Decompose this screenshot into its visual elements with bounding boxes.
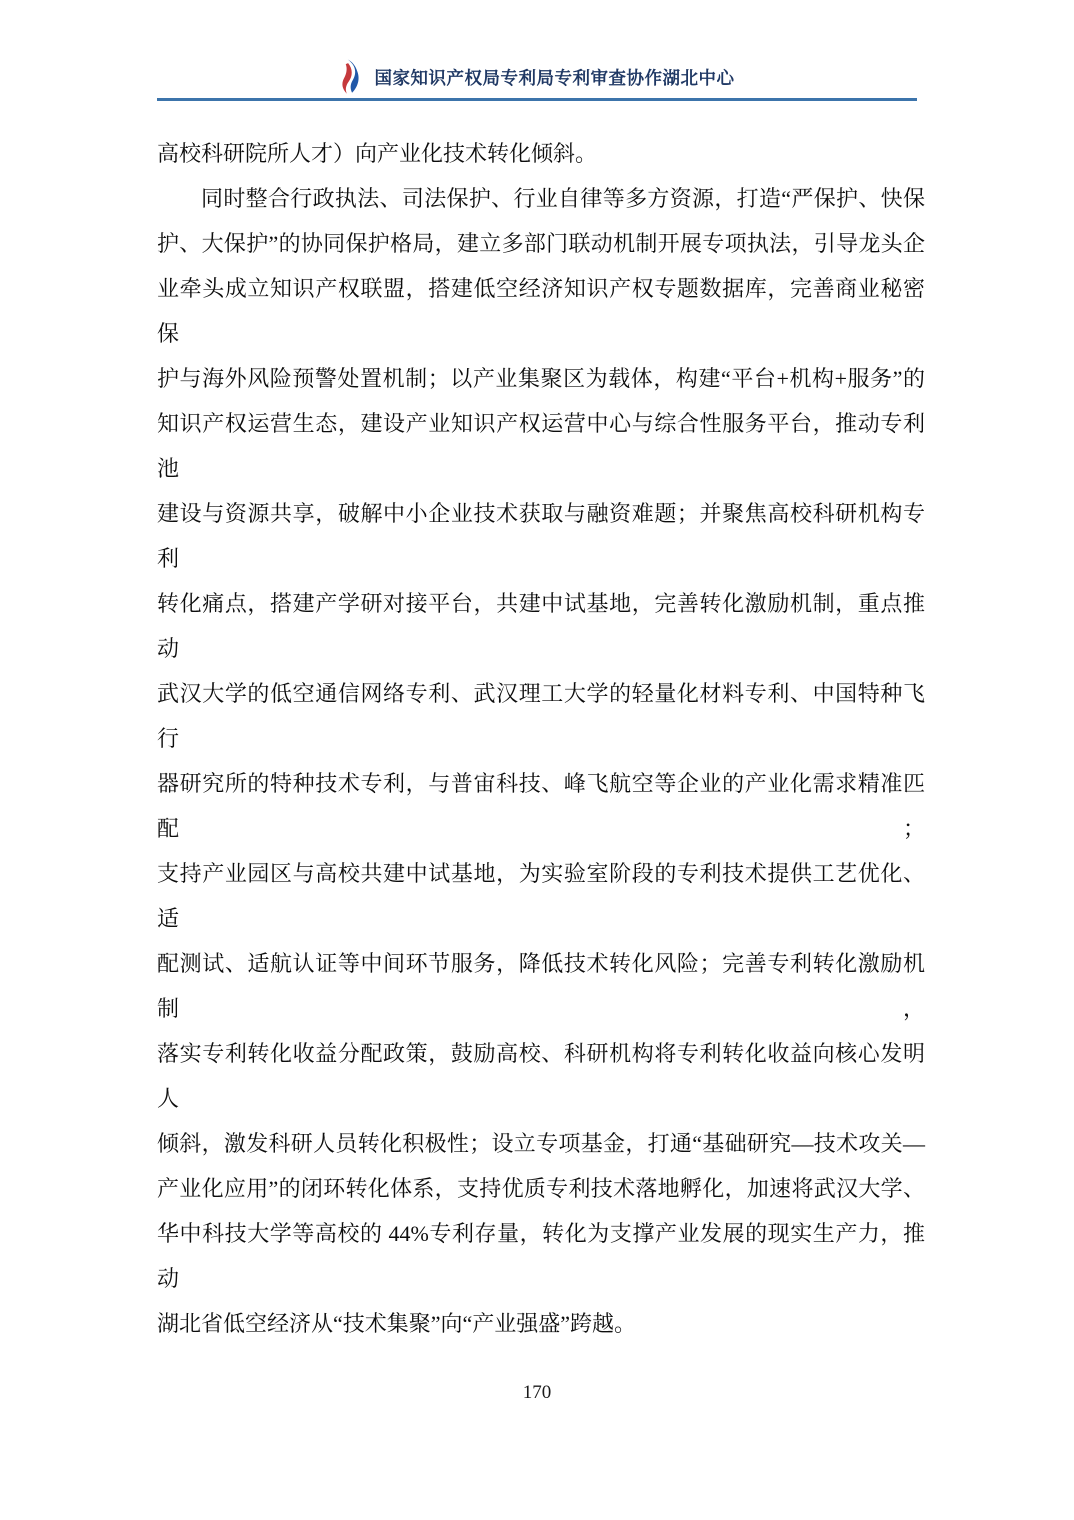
body-line: 同时整合行政执法、司法保护、行业自律等多方资源，打造“严保护、快保 bbox=[157, 176, 925, 221]
body-line: 护、大保护”的协同保护格局，建立多部门联动机制开展专项执法，引导龙头企 bbox=[157, 221, 925, 266]
page-footer: 170 bbox=[0, 1382, 1074, 1404]
document-header: 国家知识产权局专利局专利审查协作湖北中心 bbox=[157, 56, 917, 101]
body-line: 高校科研院所人才）向产业化技术转化倾斜。 bbox=[157, 131, 925, 176]
header-org-name: 国家知识产权局专利局专利审查协作湖北中心 bbox=[375, 65, 735, 90]
body-line: 湖北省低空经济从“技术集聚”向“产业强盛”跨越。 bbox=[157, 1301, 925, 1346]
body-line: 建设与资源共享，破解中小企业技术获取与融资难题；并聚焦高校科研机构专利 bbox=[157, 491, 925, 581]
body-line: 华中科技大学等高校的 44%专利存量，转化为支撑产业发展的现实生产力，推动 bbox=[157, 1211, 925, 1301]
body-line: 倾斜，激发科研人员转化积极性；设立专项基金，打通“基础研究—技术攻关— bbox=[157, 1121, 925, 1166]
ipo-flame-logo-icon bbox=[340, 58, 361, 96]
body-line: 落实专利转化收益分配政策，鼓励高校、科研机构将专利转化收益向核心发明人 bbox=[157, 1031, 925, 1121]
body-line: 支持产业园区与高校共建中试基地，为实验室阶段的专利技术提供工艺优化、适 bbox=[157, 851, 925, 941]
body-line: 转化痛点，搭建产学研对接平台，共建中试基地，完善转化激励机制，重点推动 bbox=[157, 581, 925, 671]
page-number: 170 bbox=[523, 1382, 552, 1403]
body-line: 知识产权运营生态，建设产业知识产权运营中心与综合性服务平台，推动专利池 bbox=[157, 401, 925, 491]
body-line: 武汉大学的低空通信网络专利、武汉理工大学的轻量化材料专利、中国特种飞行 bbox=[157, 671, 925, 761]
body-line: 护与海外风险预警处置机制；以产业集聚区为载体，构建“平台+机构+服务”的 bbox=[157, 356, 925, 401]
body-line: 业牵头成立知识产权联盟，搭建低空经济知识产权专题数据库，完善商业秘密保 bbox=[157, 266, 925, 356]
body-line: 配测试、适航认证等中间环节服务，降低技术转化风险；完善专利转化激励机制， bbox=[157, 941, 925, 1031]
document-body: 高校科研院所人才）向产业化技术转化倾斜。同时整合行政执法、司法保护、行业自律等多… bbox=[157, 131, 925, 1346]
body-line: 器研究所的特种技术专利，与普宙科技、峰飞航空等企业的产业化需求精准匹配； bbox=[157, 761, 925, 851]
body-line: 产业化应用”的闭环转化体系，支持优质专利技术落地孵化，加速将武汉大学、 bbox=[157, 1166, 925, 1211]
document-page: 国家知识产权局专利局专利审查协作湖北中心 高校科研院所人才）向产业化技术转化倾斜… bbox=[0, 0, 1074, 1520]
